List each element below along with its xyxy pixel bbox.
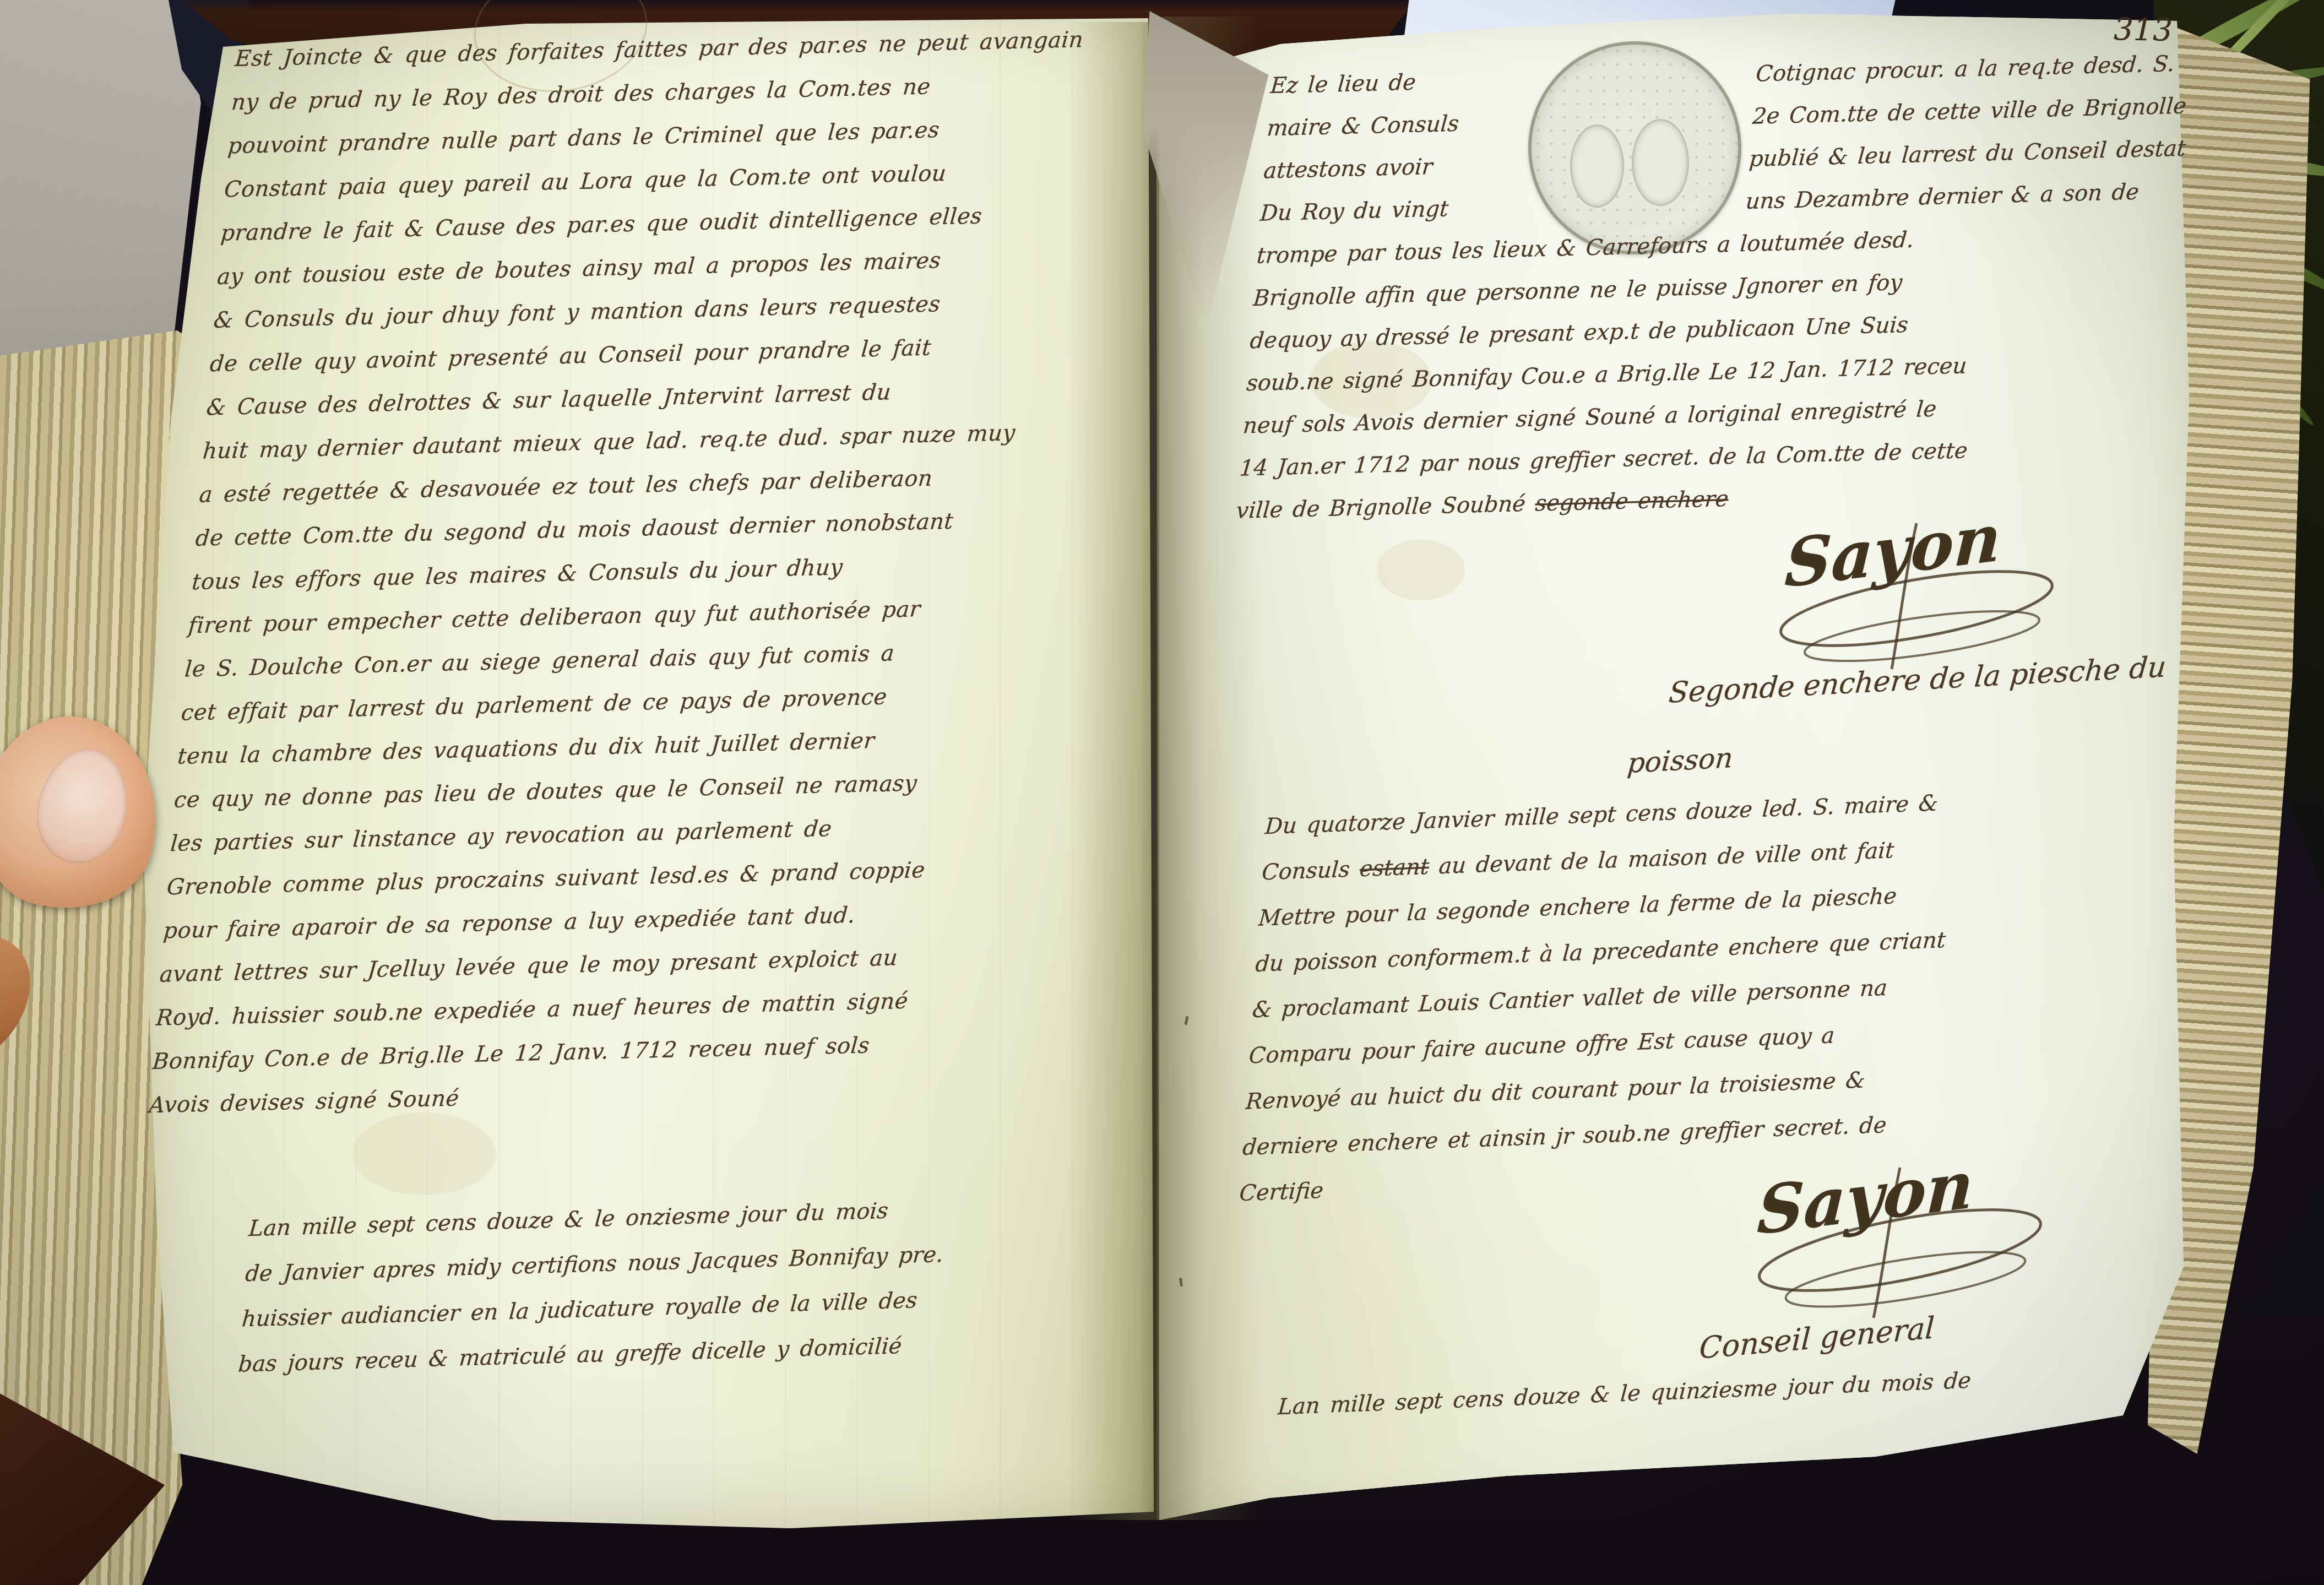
right-page-attestation: Ez le lieu de Cotignac procur. a la req.…: [1235, 44, 2153, 533]
paper-stain: [1377, 540, 1465, 600]
manuscript-fragment: au devant de la maison de ville ont fait: [1438, 838, 1895, 879]
manuscript-fragment: Consuls: [1261, 856, 1361, 885]
signature-sayon: Sayon: [1751, 507, 2082, 672]
manuscript-line: Du Roy du vingt: [1258, 186, 1521, 235]
manuscript-line: Ez le lieu de: [1269, 59, 1531, 108]
struck-text: segonde enchere: [1534, 486, 1729, 517]
signature-sayon: Sayon: [1724, 1154, 2065, 1319]
section-heading: poisson: [1626, 742, 1735, 779]
manuscript-line: attestons avoir: [1262, 144, 1524, 193]
left-page-paragraph-2: Lan mille sept cens douze & le onziesme …: [237, 1181, 1154, 1387]
manuscript-photo: 313 Est Joincte & que des forfaites fait…: [0, 0, 2324, 1585]
struck-text: estant: [1359, 854, 1430, 882]
paper-stain: [352, 1112, 496, 1195]
left-page-paragraph-1: Est Joincte & que des forfaites faittes …: [147, 17, 1161, 1127]
right-page-auction-paragraph: Du quatorze Janvier mille sept cens douz…: [1238, 773, 2158, 1217]
manuscript-line: maire & Consuls: [1266, 101, 1528, 150]
manuscript-fragment: ville de Brignolle Soubné: [1235, 491, 1536, 524]
